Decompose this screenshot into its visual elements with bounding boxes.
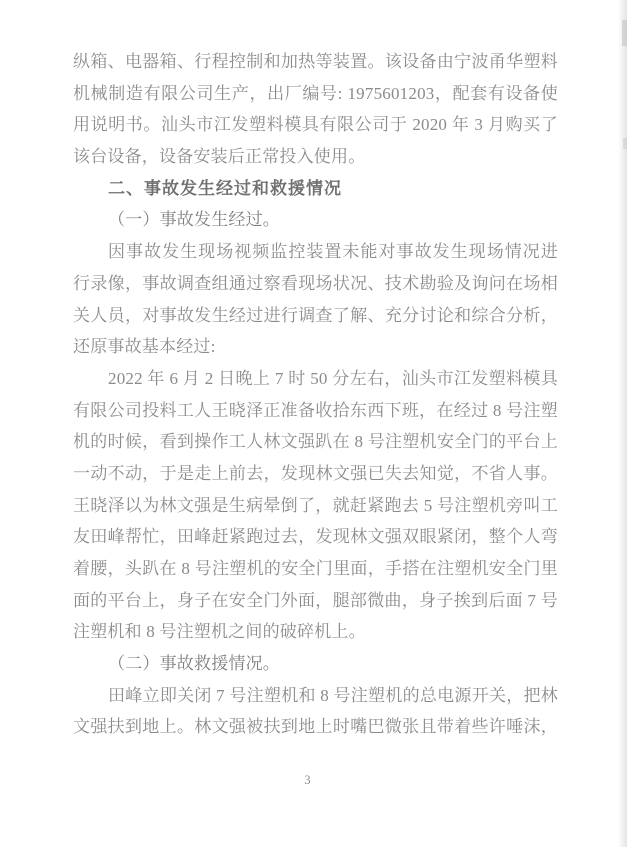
text-line: 用说明书。汕头市江发塑料模具有限公司于 2020 年 3 月购买了 bbox=[73, 109, 558, 141]
text-line: 文强扶到地上。林文强被扶到地上时嘴巴微张且带着些许唾沫， bbox=[73, 711, 558, 743]
subsection-heading-2: （二）事故救援情况。 bbox=[73, 648, 558, 680]
text-line: 还原事故基本经过: bbox=[73, 331, 558, 363]
page-number: 3 bbox=[0, 773, 615, 788]
text-line: 关人员，对事故发生经过进行调查了解、充分讨论和综合分析， bbox=[73, 300, 558, 332]
text-line: 机的时候，看到操作工人林文强趴在 8 号注塑机安全门的平台上 bbox=[73, 426, 558, 458]
text-line: 一动不动，于是走上前去，发现林文强已失去知觉，不省人事。 bbox=[73, 458, 558, 490]
document-body: 纵箱、电器箱、行程控制和加热等装置。该设备由宁波甬华塑料 机械制造有限公司生产，… bbox=[73, 46, 558, 743]
text-line: 友田峰帮忙，田峰赶紧跑过去，发现林文强双眼紧闭，整个人弯 bbox=[73, 521, 558, 553]
subsection-heading-1: （一）事故发生经过。 bbox=[73, 204, 558, 236]
text-line: 着腰，头趴在 8 号注塑机的安全门里面，手搭在注塑机安全门里 bbox=[73, 553, 558, 585]
text-line: 王晓泽以为林文强是生病晕倒了，就赶紧跑去 5 号注塑机旁叫工 bbox=[73, 490, 558, 522]
text-line: 有限公司投料工人王晓泽正准备收拾东西下班，在经过 8 号注塑 bbox=[73, 395, 558, 427]
text-line: 注塑机和 8 号注塑机之间的破碎机上。 bbox=[73, 616, 558, 648]
text-line: 田峰立即关闭 7 号注塑机和 8 号注塑机的总电源开关，把林 bbox=[73, 680, 558, 712]
text-line: 2022 年 6 月 2 日晚上 7 时 50 分左右，汕头市江发塑料模具 bbox=[73, 363, 558, 395]
section-heading-2: 二、事故发生经过和救援情况 bbox=[73, 173, 558, 205]
text-line: 纵箱、电器箱、行程控制和加热等装置。该设备由宁波甬华塑料 bbox=[73, 46, 558, 78]
text-line: 该台设备，设备安装后正常投入使用。 bbox=[73, 141, 558, 173]
document-page: 纵箱、电器箱、行程控制和加热等装置。该设备由宁波甬华塑料 机械制造有限公司生产，… bbox=[0, 0, 627, 847]
text-line: 因事故发生现场视频监控装置未能对事故发生现场情况进 bbox=[73, 236, 558, 268]
text-line: 行录像，事故调查组通过察看现场状况、技术勘验及询问在场相 bbox=[73, 268, 558, 300]
scan-edge-mark bbox=[623, 138, 627, 149]
scan-edge-shadow bbox=[618, 0, 627, 847]
scan-edge-mark bbox=[622, 20, 627, 46]
text-line: 机械制造有限公司生产，出厂编号: 1975601203，配套有设备使 bbox=[73, 78, 558, 110]
text-line: 面的平台上，身子在安全门外面，腿部微曲，身子挨到后面 7 号 bbox=[73, 585, 558, 617]
